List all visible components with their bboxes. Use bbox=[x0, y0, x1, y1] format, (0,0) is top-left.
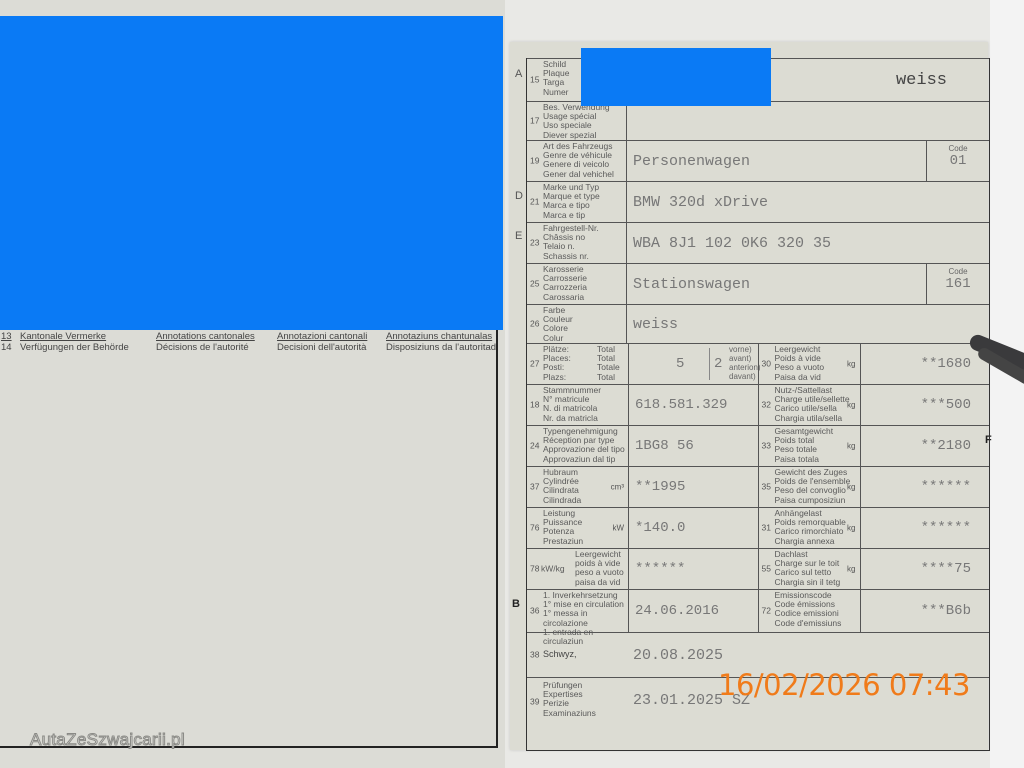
field-num: 19 bbox=[530, 156, 539, 165]
annotation-row-14: 14 Verfügungen der Behörde Décisions de … bbox=[0, 342, 500, 353]
issued-place: Schwyz, bbox=[543, 650, 577, 659]
row-make-model: 21 Marke und Typ Marque et type Marca e … bbox=[527, 181, 989, 222]
annotations-block: 13 Kantonale Vermerke Annotations canton… bbox=[0, 331, 500, 353]
row-special-use: 17 Bes. Verwendung Usage spécial Uso spe… bbox=[527, 101, 989, 140]
cell-power: 76 kW Leistung Puissance Potenza Prestaz… bbox=[527, 508, 758, 548]
cell-roof-load: 55 kg Dachlast Charge sur le toit Carico… bbox=[758, 549, 990, 589]
label-line: Gener dal vehichel bbox=[543, 170, 626, 179]
marker-e: E bbox=[515, 230, 522, 242]
value-payload: ***500 bbox=[861, 385, 990, 425]
value-color: weiss bbox=[627, 305, 989, 343]
registration-grid: 15 Schild Plaque Targa Numer weiss 17 Be… bbox=[526, 58, 990, 751]
watermark: AutaZeSzwajcarii.pl bbox=[30, 730, 185, 750]
annotation-num: 14 bbox=[1, 342, 12, 353]
cell-first-registration: 36 1. Inverkehrsetzung 1° mise en circul… bbox=[527, 590, 758, 632]
value-special-use bbox=[627, 102, 989, 140]
field-num: 26 bbox=[530, 319, 539, 328]
field-num: 32 bbox=[762, 400, 771, 409]
field-num: 31 bbox=[762, 523, 771, 532]
value-emission-code: ***B6b bbox=[861, 590, 990, 632]
label-line: Schassis nr. bbox=[543, 252, 626, 261]
seats-total: 5 bbox=[676, 356, 684, 372]
field-num: 21 bbox=[530, 197, 539, 206]
cell-payload: 32 kg Nutz-/Sattellast Charge utile/sell… bbox=[758, 385, 990, 425]
annotation-num: 13 bbox=[1, 331, 12, 342]
field-num: 39 bbox=[530, 697, 539, 706]
row-chassis: 23 Fahrgestell-Nr. Châssis no Telaio n. … bbox=[527, 222, 989, 263]
field-num: 37 bbox=[530, 482, 539, 491]
code-vehicle-type: Code 01 bbox=[926, 141, 989, 181]
label-line: Cilindrada bbox=[543, 496, 628, 505]
value-train-weight: ****** bbox=[861, 467, 990, 507]
code-value: 161 bbox=[945, 276, 970, 292]
label-line: Code d'emissiuns bbox=[775, 619, 860, 628]
cell-empty-weight: 30 kg Leergewicht Poids à vide Peso a vu… bbox=[758, 344, 990, 384]
cell-trailer-load: 31 kg Anhängelast Poids remorquable Cari… bbox=[758, 508, 990, 548]
row-color: 26 Farbe Couleur Colore Colur weiss bbox=[527, 304, 989, 343]
label-line: Diever spezial bbox=[543, 131, 626, 140]
label-inspections: 39 Prüfungen Expertises Perizie Examinaz… bbox=[527, 680, 627, 724]
label-line: Paisa da vid bbox=[775, 373, 860, 382]
annotation-de: Verfügungen der Behörde bbox=[20, 342, 129, 353]
label-line: avant) bbox=[729, 354, 761, 363]
value-vehicle-type: Personenwagen bbox=[627, 141, 926, 181]
code-label: Code bbox=[927, 267, 989, 276]
label-power: 76 kW Leistung Puissance Potenza Prestaz… bbox=[527, 508, 629, 548]
timestamp-overlay: 16/02/2026 07:43 bbox=[718, 668, 970, 702]
unit: kg bbox=[847, 564, 855, 573]
cell-train-weight: 35 kg Gewicht des Zuges Poids de l'ensem… bbox=[758, 467, 990, 507]
label-make-model: 21 Marke und Typ Marque et type Marca e … bbox=[527, 182, 627, 222]
annotation-it: Annotazioni cantonali bbox=[277, 331, 367, 342]
label-first-registration: 36 1. Inverkehrsetzung 1° mise en circul… bbox=[527, 590, 629, 632]
annotation-de: Kantonale Vermerke bbox=[20, 331, 106, 342]
field-num: 72 bbox=[762, 606, 771, 615]
cell-seats: 27 Plätze: Places: Posti: Plazs: Total T… bbox=[527, 344, 758, 384]
marker-b: B bbox=[512, 598, 520, 610]
unit: kg bbox=[847, 359, 855, 368]
annotation-fr: Décisions de l'autorité bbox=[156, 342, 249, 353]
label-color: 26 Farbe Couleur Colore Colur bbox=[527, 305, 627, 343]
label-body: 25 Karosserie Carrosserie Carrozzeria Ca… bbox=[527, 264, 627, 304]
code-value: 01 bbox=[950, 153, 967, 169]
label-line: Chargia utila/sella bbox=[775, 414, 860, 423]
value-make-model: BMW 320d xDrive bbox=[627, 182, 989, 222]
cell-matricule: 18 Stammnummer N° matricule N. di matric… bbox=[527, 385, 758, 425]
label-emission-code: 72 Emissionscode Code émissions Codice e… bbox=[759, 590, 861, 632]
label-payload: 32 kg Nutz-/Sattellast Charge utile/sell… bbox=[759, 385, 861, 425]
field-num: 33 bbox=[762, 441, 771, 450]
value-seats: 5 2 vorne) avant) anterion) davant) bbox=[629, 344, 758, 384]
label-trailer-load: 31 kg Anhängelast Poids remorquable Cari… bbox=[759, 508, 861, 548]
marker-d: D bbox=[515, 190, 523, 202]
field-num: 17 bbox=[530, 116, 539, 125]
value-body: Stationswagen bbox=[627, 264, 926, 304]
label-line: Paisa cumposiziun bbox=[775, 496, 860, 505]
row-registration-emission: 36 1. Inverkehrsetzung 1° mise en circul… bbox=[527, 589, 989, 632]
field-num: 27 bbox=[530, 359, 539, 368]
row-matricule-payload: 18 Stammnummer N° matricule N. di matric… bbox=[527, 384, 989, 425]
field-num: 25 bbox=[530, 279, 539, 288]
label-vehicle-type: 19 Art des Fahrzeugs Genre de véhicule G… bbox=[527, 141, 627, 181]
value-displacement: **1995 bbox=[629, 467, 758, 507]
row-vehicle-type: 19 Art des Fahrzeugs Genre de véhicule G… bbox=[527, 140, 989, 181]
label-line: Paisa totala bbox=[775, 455, 860, 464]
cell-total-weight: 33 kg Gesamtgewicht Poids total Peso tot… bbox=[758, 426, 990, 466]
annotation-row-13: 13 Kantonale Vermerke Annotations canton… bbox=[0, 331, 500, 342]
code-label: Code bbox=[927, 144, 989, 153]
value-type-approval: 1BG8 56 bbox=[629, 426, 758, 466]
cell-emission-code: 72 Emissionscode Code émissions Codice e… bbox=[758, 590, 990, 632]
label-line: paisa da vid bbox=[575, 578, 628, 587]
label-line: Examinaziuns bbox=[543, 709, 627, 718]
field-num: 23 bbox=[530, 238, 539, 247]
unit: kg bbox=[847, 523, 855, 532]
label-chassis: 23 Fahrgestell-Nr. Châssis no Telaio n. … bbox=[527, 223, 627, 263]
label-line: Total bbox=[597, 373, 620, 382]
field-num: 36 bbox=[530, 606, 539, 615]
unit: kg bbox=[847, 400, 855, 409]
label-type-approval: 24 Typengenehmigung Réception par type A… bbox=[527, 426, 629, 466]
label-line: Prestaziun bbox=[543, 537, 628, 546]
label-line: 1° messa in circolazione bbox=[543, 609, 628, 627]
unit: cm³ bbox=[611, 482, 624, 491]
label-line: Chargia annexa bbox=[775, 537, 860, 546]
row-power-trailer: 76 kW Leistung Puissance Potenza Prestaz… bbox=[527, 507, 989, 548]
value-chassis: WBA 8J1 102 0K6 320 35 bbox=[627, 223, 989, 263]
label-line: Approvaziun dal tip bbox=[543, 455, 628, 464]
field-num: 30 bbox=[762, 359, 771, 368]
row-seats-weight: 27 Plätze: Places: Posti: Plazs: Total T… bbox=[527, 343, 989, 384]
label-line: Chargia sin il tetg bbox=[775, 578, 860, 587]
value-empty-weight: **1680 bbox=[861, 344, 990, 384]
row-displacement-train: 37 cm³ Hubraum Cylindrée Cilindrata Cili… bbox=[527, 466, 989, 507]
field-num: 35 bbox=[762, 482, 771, 491]
label-seats: 27 Plätze: Places: Posti: Plazs: Total T… bbox=[527, 344, 629, 384]
code-body: Code 161 bbox=[926, 264, 989, 304]
value-total-weight: **2180 bbox=[861, 426, 990, 466]
value-power-weight: ****** bbox=[629, 549, 758, 589]
row-body: 25 Karosserie Carrosserie Carrozzeria Ca… bbox=[527, 263, 989, 304]
label-line: Marca e tip bbox=[543, 211, 626, 220]
label-line: Colur bbox=[543, 334, 626, 343]
annotation-fr: Annotations cantonales bbox=[156, 331, 255, 342]
label-line: davant) bbox=[729, 372, 761, 381]
redaction-block-plate bbox=[581, 48, 771, 106]
row-powerweight-roof: 78 kW/kg Leergewicht poids à vide peso a… bbox=[527, 548, 989, 589]
unit: kW/kg bbox=[541, 564, 565, 573]
value-roof-load: ****75 bbox=[861, 549, 990, 589]
cell-type-approval: 24 Typengenehmigung Réception par type A… bbox=[527, 426, 758, 466]
label-power-weight: 78 kW/kg Leergewicht poids à vide peso a… bbox=[527, 549, 629, 589]
unit: kW bbox=[612, 523, 624, 532]
label-line: vorne) bbox=[729, 345, 761, 354]
value-matricule: 618.581.329 bbox=[629, 385, 758, 425]
row-approval-total: 24 Typengenehmigung Réception par type A… bbox=[527, 425, 989, 466]
label-matricule: 18 Stammnummer N° matricule N. di matric… bbox=[527, 385, 629, 425]
label-issued: 38 Schwyz, bbox=[527, 633, 627, 677]
field-num: 18 bbox=[530, 400, 539, 409]
label-empty-weight: 30 kg Leergewicht Poids à vide Peso a vu… bbox=[759, 344, 861, 384]
label-line: anterion) bbox=[729, 363, 761, 372]
field-num: 15 bbox=[530, 75, 539, 84]
redaction-block-left bbox=[0, 16, 503, 330]
value-first-registration: 24.06.2016 bbox=[629, 590, 758, 632]
label-line: Nr. da matricla bbox=[543, 414, 628, 423]
label-displacement: 37 cm³ Hubraum Cylindrée Cilindrata Cili… bbox=[527, 467, 629, 507]
label-total-weight: 33 kg Gesamtgewicht Poids total Peso tot… bbox=[759, 426, 861, 466]
background bbox=[990, 0, 1024, 768]
left-frame bbox=[0, 328, 498, 748]
field-num: 38 bbox=[530, 650, 539, 659]
annotation-it: Decisioni dell'autorità bbox=[277, 342, 366, 353]
field-num: 76 bbox=[530, 523, 539, 532]
value-trailer-load: ****** bbox=[861, 508, 990, 548]
label-line: Carossaria bbox=[543, 293, 626, 302]
seats-front: 2 bbox=[709, 348, 722, 380]
field-num: 55 bbox=[762, 564, 771, 573]
value-power: *140.0 bbox=[629, 508, 758, 548]
field-num: 78 bbox=[530, 564, 539, 573]
cell-power-weight: 78 kW/kg Leergewicht poids à vide peso a… bbox=[527, 549, 758, 589]
label-train-weight: 35 kg Gewicht des Zuges Poids de l'ensem… bbox=[759, 467, 861, 507]
field-num: 24 bbox=[530, 441, 539, 450]
unit: kg bbox=[847, 482, 855, 491]
label-roof-load: 55 kg Dachlast Charge sur le toit Carico… bbox=[759, 549, 861, 589]
label-special-use: 17 Bes. Verwendung Usage spécial Uso spe… bbox=[527, 102, 627, 140]
cell-displacement: 37 cm³ Hubraum Cylindrée Cilindrata Cili… bbox=[527, 467, 758, 507]
annotation-rm: Disposiziuns da l'autoritad bbox=[386, 342, 496, 353]
marker-a: A bbox=[515, 68, 522, 80]
unit: kg bbox=[847, 441, 855, 450]
annotation-rm: Annotaziuns chantunalas bbox=[386, 331, 492, 342]
